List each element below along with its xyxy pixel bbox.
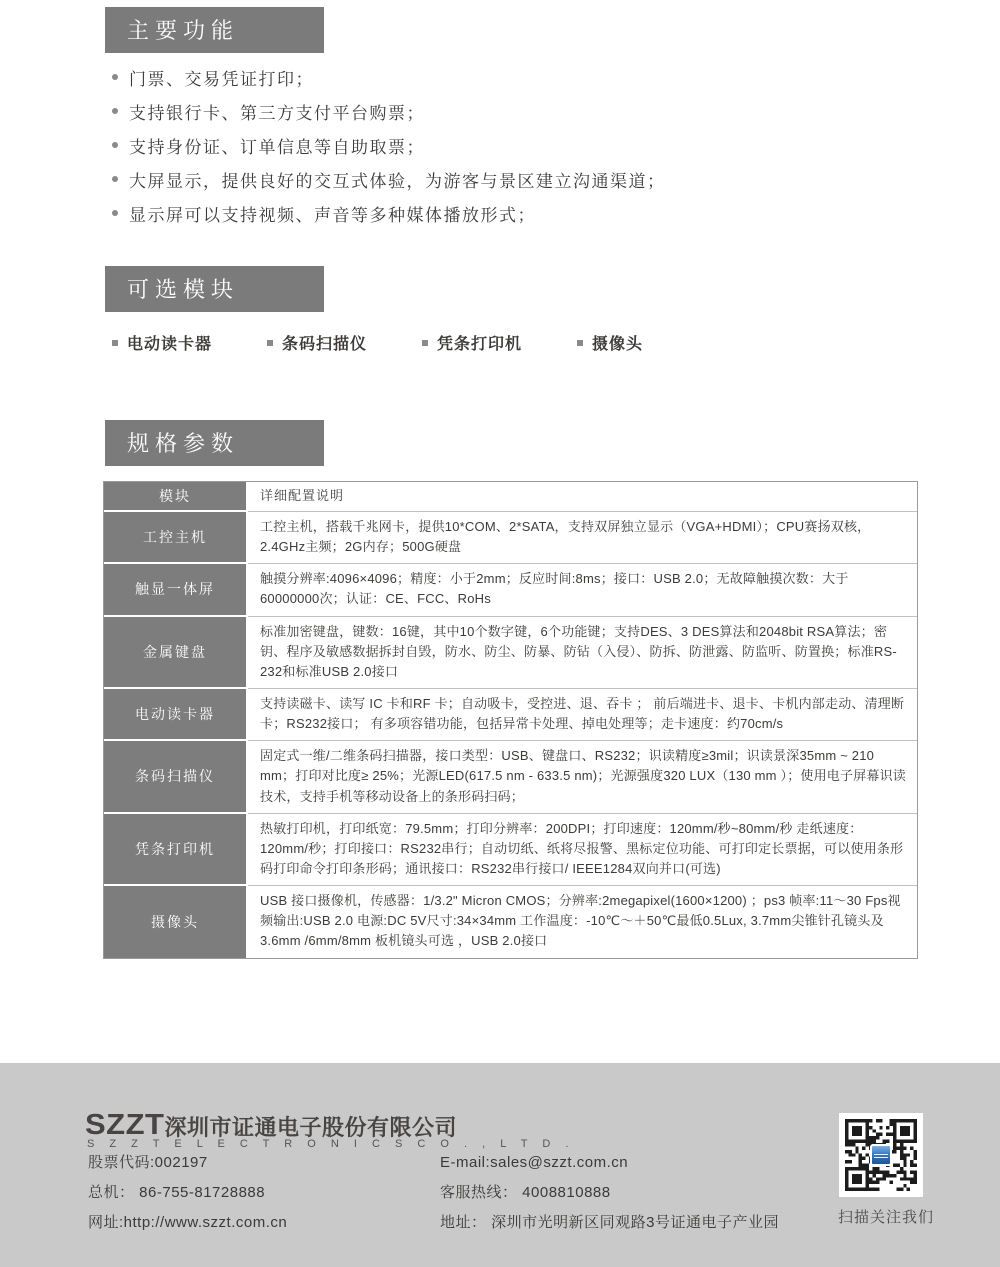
feature-item: 支持身份证、订单信息等自助取票； — [112, 128, 666, 162]
qr-caption: 扫描关注我们 — [838, 1206, 934, 1227]
feature-text: 显示屏可以支持视频、声音等多种媒体播放形式； — [129, 201, 536, 226]
feature-item: 门票、交易凭证打印； — [112, 60, 666, 94]
optional-modules-row: 电动读卡器 条码扫描仪 凭条打印机 摄像头 — [112, 331, 643, 354]
stock-code: 股票代码:002197 — [88, 1148, 287, 1178]
spec-module-description: 工控主机，搭载千兆网卡，提供10*COM、2*SATA，支持双屏独立显示（VGA… — [248, 512, 917, 564]
table-row: 条码扫描仪 固定式一维/二维条码扫描器，接口类型：USB、键盘口、RS232；识… — [104, 741, 917, 813]
optional-module-item: 凭条打印机 — [422, 331, 522, 354]
spec-table: 模块 详细配置说明 工控主机 工控主机，搭载千兆网卡，提供10*COM、2*SA… — [104, 482, 917, 958]
feature-text: 支持身份证、订单信息等自助取票； — [129, 133, 425, 158]
feature-text: 大屏显示，提供良好的交互式体验，为游客与景区建立沟通渠道； — [129, 167, 666, 192]
company-address: 地址： 深圳市光明新区同观路3号证通电子产业园 — [440, 1208, 779, 1238]
optional-module-label: 摄像头 — [592, 331, 643, 354]
table-row: 触显一体屏 触摸分辨率:4096×4096；精度：小于2mm；反应时间:8ms；… — [104, 564, 917, 616]
optional-module-label: 电动读卡器 — [127, 331, 212, 354]
footer: SZZT 深圳市证通电子股份有限公司 S Z Z T E L E C T R O… — [0, 1063, 1000, 1267]
optional-module-item: 条码扫描仪 — [267, 331, 367, 354]
bullet-square-icon — [422, 340, 428, 346]
phone-number: 总机： 86-755-81728888 — [88, 1178, 287, 1208]
optional-module-item: 电动读卡器 — [112, 331, 212, 354]
website-url: 网址:http://www.szzt.com.cn — [88, 1208, 287, 1238]
bullet-dot-icon — [112, 210, 118, 216]
spec-table-header-row: 模块 详细配置说明 — [104, 482, 917, 512]
feature-item: 大屏显示，提供良好的交互式体验，为游客与景区建立沟通渠道； — [112, 162, 666, 196]
contact-column-left: 股票代码:002197 总机： 86-755-81728888 网址:http:… — [88, 1148, 287, 1238]
section-title-optional-modules: 可选模块 — [105, 266, 324, 312]
szzt-logo-text: SZZT — [85, 1108, 165, 1141]
contact-column-middle: E-mail:sales@szzt.com.cn 客服热线： 400881088… — [440, 1148, 779, 1238]
email-address: E-mail:sales@szzt.com.cn — [440, 1148, 779, 1178]
qr-center-logo-icon — [870, 1144, 892, 1166]
table-row: 金属键盘 标准加密键盘，键数：16键，其中10个数字键，6个功能键；支持DES、… — [104, 617, 917, 689]
bullet-square-icon — [267, 340, 273, 346]
spec-module-label: 凭条打印机 — [104, 814, 248, 886]
spec-module-label: 电动读卡器 — [104, 689, 248, 741]
spec-module-description: USB 接口摄像机，传感器：1/3.2" Micron CMOS；分辨率:2me… — [248, 886, 917, 957]
optional-module-item: 摄像头 — [577, 331, 643, 354]
spec-module-description: 支持读磁卡、读写 IC 卡和RF 卡；自动吸卡，受控进、退、吞卡 ； 前后端进卡… — [248, 689, 917, 741]
spec-module-label: 触显一体屏 — [104, 564, 248, 616]
feature-item: 显示屏可以支持视频、声音等多种媒体播放形式； — [112, 196, 666, 230]
optional-module-label: 条码扫描仪 — [282, 331, 367, 354]
spec-module-label: 金属键盘 — [104, 617, 248, 689]
datasheet-page: 主要功能 门票、交易凭证打印； 支持银行卡、第三方支付平台购票； 支持身份证、订… — [0, 0, 1000, 1267]
bullet-dot-icon — [112, 176, 118, 182]
qr-pattern — [845, 1119, 917, 1191]
feature-text: 门票、交易凭证打印； — [129, 65, 314, 90]
table-row: 凭条打印机 热敏打印机，打印纸宽：79.5mm；打印分辨率：200DPI；打印速… — [104, 814, 917, 886]
section-title-specs: 规格参数 — [105, 420, 324, 466]
table-row: 工控主机 工控主机，搭载千兆网卡，提供10*COM、2*SATA，支持双屏独立显… — [104, 512, 917, 564]
spec-module-description: 固定式一维/二维条码扫描器，接口类型：USB、键盘口、RS232；识读精度≥3m… — [248, 741, 917, 813]
feature-text: 支持银行卡、第三方支付平台购票； — [129, 99, 425, 124]
qr-code — [839, 1113, 923, 1197]
feature-list: 门票、交易凭证打印； 支持银行卡、第三方支付平台购票； 支持身份证、订单信息等自… — [112, 60, 666, 230]
spec-module-description: 热敏打印机，打印纸宽：79.5mm；打印分辨率：200DPI；打印速度：120m… — [248, 814, 917, 886]
spec-module-label: 工控主机 — [104, 512, 248, 564]
bullet-dot-icon — [112, 142, 118, 148]
spec-module-description: 触摸分辨率:4096×4096；精度：小于2mm；反应时间:8ms；接口：USB… — [248, 564, 917, 616]
bullet-square-icon — [577, 340, 583, 346]
section-title-features: 主要功能 — [105, 7, 324, 53]
spec-module-label: 摄像头 — [104, 886, 248, 957]
spec-header-module: 模块 — [104, 482, 248, 512]
table-row: 摄像头 USB 接口摄像机，传感器：1/3.2" Micron CMOS；分辨率… — [104, 886, 917, 957]
bullet-dot-icon — [112, 108, 118, 114]
hotline-number: 客服热线： 4008810888 — [440, 1178, 779, 1208]
spec-module-label: 条码扫描仪 — [104, 741, 248, 813]
spec-header-description: 详细配置说明 — [248, 482, 917, 512]
bullet-dot-icon — [112, 74, 118, 80]
spec-module-description: 标准加密键盘，键数：16键，其中10个数字键，6个功能键；支持DES、3 DES… — [248, 617, 917, 689]
bullet-square-icon — [112, 340, 118, 346]
feature-item: 支持银行卡、第三方支付平台购票； — [112, 94, 666, 128]
table-row: 电动读卡器 支持读磁卡、读写 IC 卡和RF 卡；自动吸卡，受控进、退、吞卡 ；… — [104, 689, 917, 741]
qr-logo-stripes — [874, 1154, 888, 1160]
spec-table-container: 模块 详细配置说明 工控主机 工控主机，搭载千兆网卡，提供10*COM、2*SA… — [103, 481, 918, 959]
optional-module-label: 凭条打印机 — [437, 331, 522, 354]
